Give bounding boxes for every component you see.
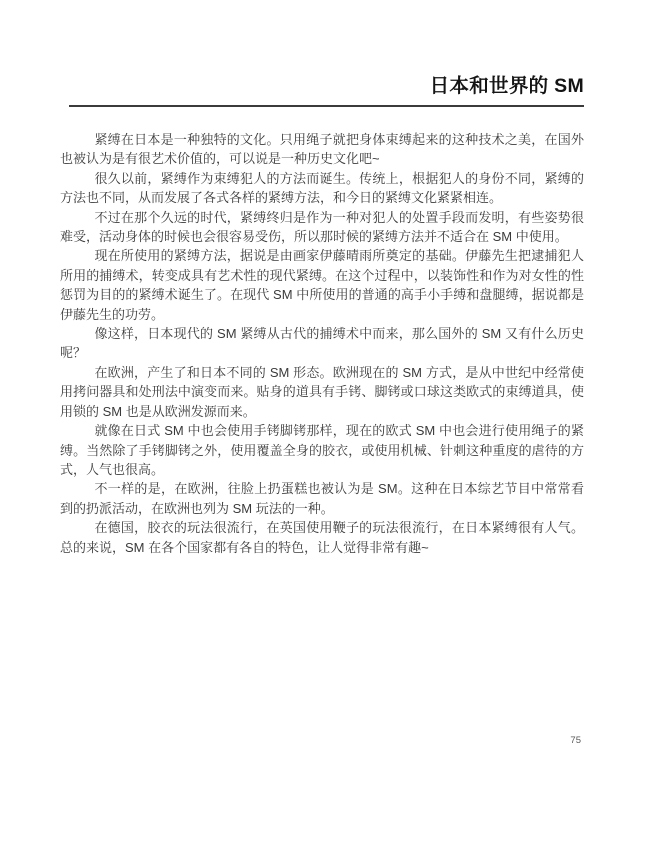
paragraph: 紧缚在日本是一种独特的文化。只用绳子就把身体束缚起来的这种技术之美，在国外也被认… xyxy=(60,130,584,169)
paragraph: 很久以前，紧缚作为束缚犯人的方法而诞生。传统上，根据犯人的身份不同，紧缚的方法也… xyxy=(60,169,584,208)
paragraph: 就像在日式 SM 中也会使用手铐脚铐那样，现在的欧式 SM 中也会进行使用绳子的… xyxy=(60,421,584,479)
page-number: 75 xyxy=(570,735,581,746)
paragraph: 不一样的是，在欧洲，往脸上扔蛋糕也被认为是 SM。这种在日本综艺节目中常常看到的… xyxy=(60,479,584,518)
paragraph: 像这样，日本现代的 SM 紧缚从古代的捕缚术中而来，那么国外的 SM 又有什么历… xyxy=(60,324,584,363)
page-title: 日本和世界的 SM xyxy=(60,74,584,98)
page-content: 日本和世界的 SM 紧缚在日本是一种独特的文化。只用绳子就把身体束缚起来的这种技… xyxy=(60,0,584,557)
paragraph: 现在所使用的紧缚方法，据说是由画家伊藤晴雨所奠定的基础。伊藤先生把逮捕犯人所用的… xyxy=(60,246,584,324)
title-rule xyxy=(69,105,584,107)
body-text: 紧缚在日本是一种独特的文化。只用绳子就把身体束缚起来的这种技术之美，在国外也被认… xyxy=(60,130,584,557)
document-page: 日本和世界的 SM 紧缚在日本是一种独特的文化。只用绳子就把身体束缚起来的这种技… xyxy=(0,0,650,850)
paragraph: 在欧洲，产生了和日本不同的 SM 形态。欧洲现在的 SM 方式，是从中世纪中经常… xyxy=(60,363,584,421)
paragraph: 在德国，胶衣的玩法很流行，在英国使用鞭子的玩法很流行，在日本紧缚很有人气。总的来… xyxy=(60,518,584,557)
paragraph: 不过在那个久远的时代，紧缚终归是作为一种对犯人的处置手段而发明，有些姿势很难受，… xyxy=(60,208,584,247)
